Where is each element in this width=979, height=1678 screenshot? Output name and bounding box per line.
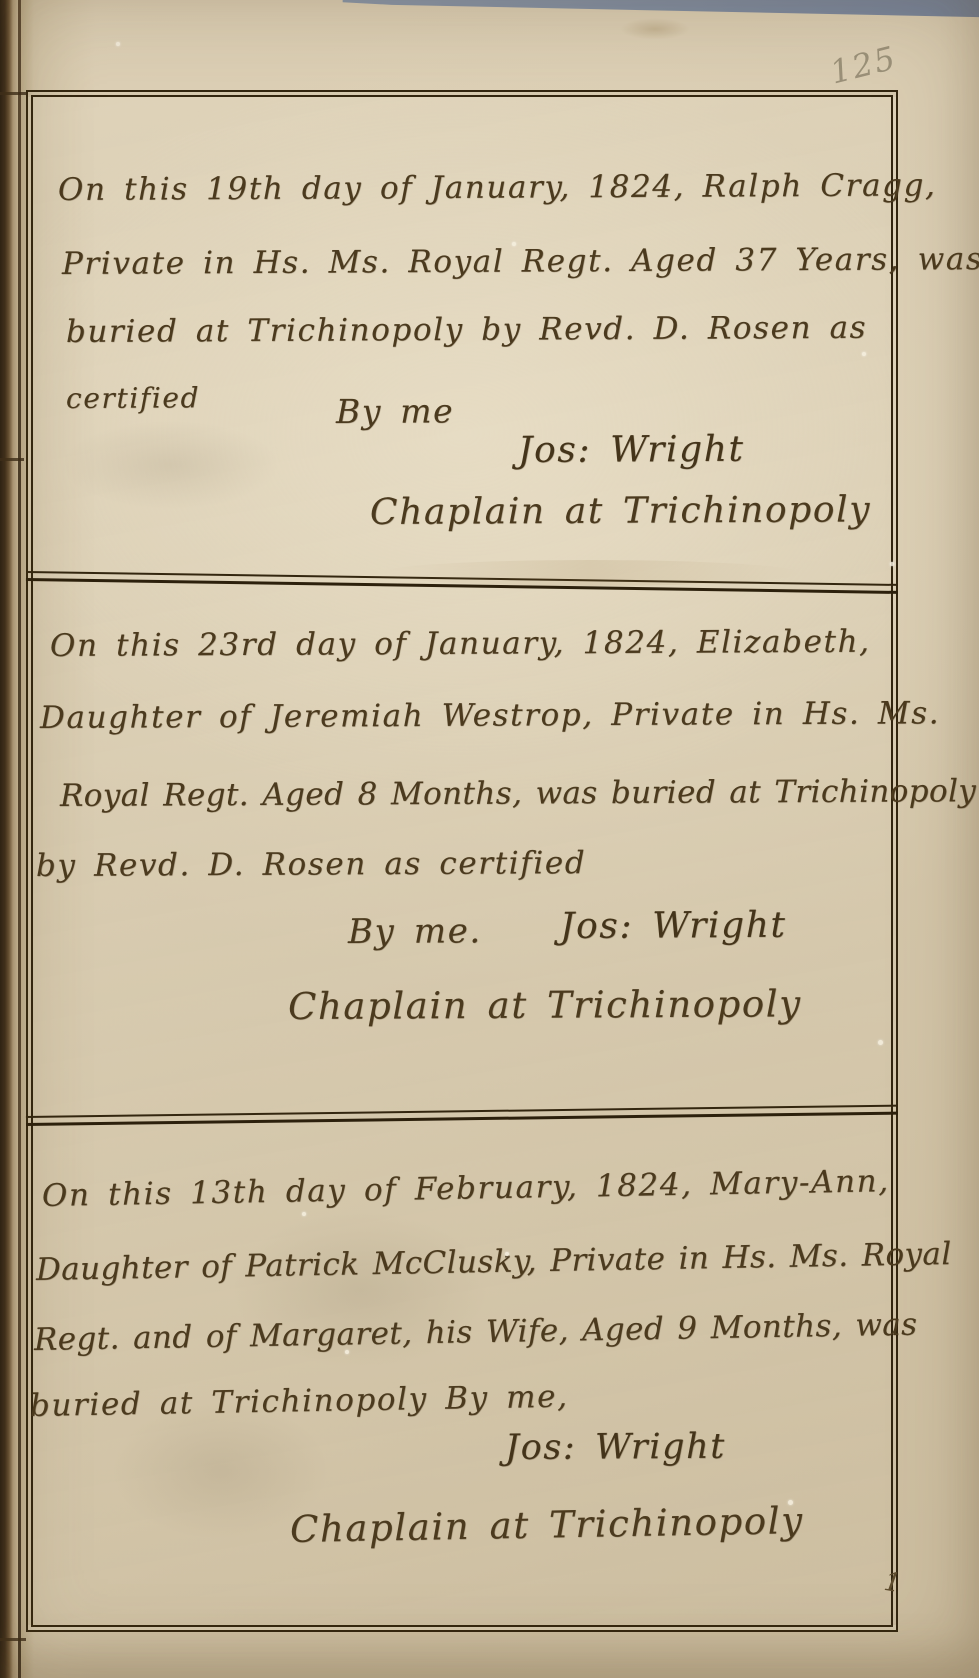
gutter-fold-line bbox=[18, 0, 21, 1678]
facing-page-rule-stub bbox=[0, 92, 26, 95]
dust-speck bbox=[788, 1500, 793, 1505]
facing-page-rule-stub bbox=[0, 1638, 26, 1641]
dust-speck bbox=[512, 242, 516, 246]
paper-stain bbox=[620, 18, 690, 40]
dust-speck bbox=[302, 1212, 306, 1216]
pencil-page-number: 125 bbox=[826, 38, 900, 91]
ink-corner-mark: 1 bbox=[882, 1567, 903, 1599]
dust-speck bbox=[890, 562, 894, 566]
ink-showthrough-smudge bbox=[110, 1400, 330, 1540]
dust-speck bbox=[345, 1350, 349, 1354]
facing-page-rule-stub bbox=[0, 458, 24, 461]
binding-cloth-strip bbox=[0, 0, 979, 22]
ink-showthrough-smudge bbox=[230, 1210, 490, 1370]
dust-speck bbox=[116, 42, 120, 46]
dust-speck bbox=[505, 1252, 509, 1256]
dust-speck bbox=[862, 352, 866, 356]
pencil-smudge bbox=[60, 420, 280, 510]
register-page-photo: 125 On this 19th day of January, 1824, R… bbox=[0, 0, 979, 1678]
dust-speck bbox=[878, 1040, 883, 1045]
